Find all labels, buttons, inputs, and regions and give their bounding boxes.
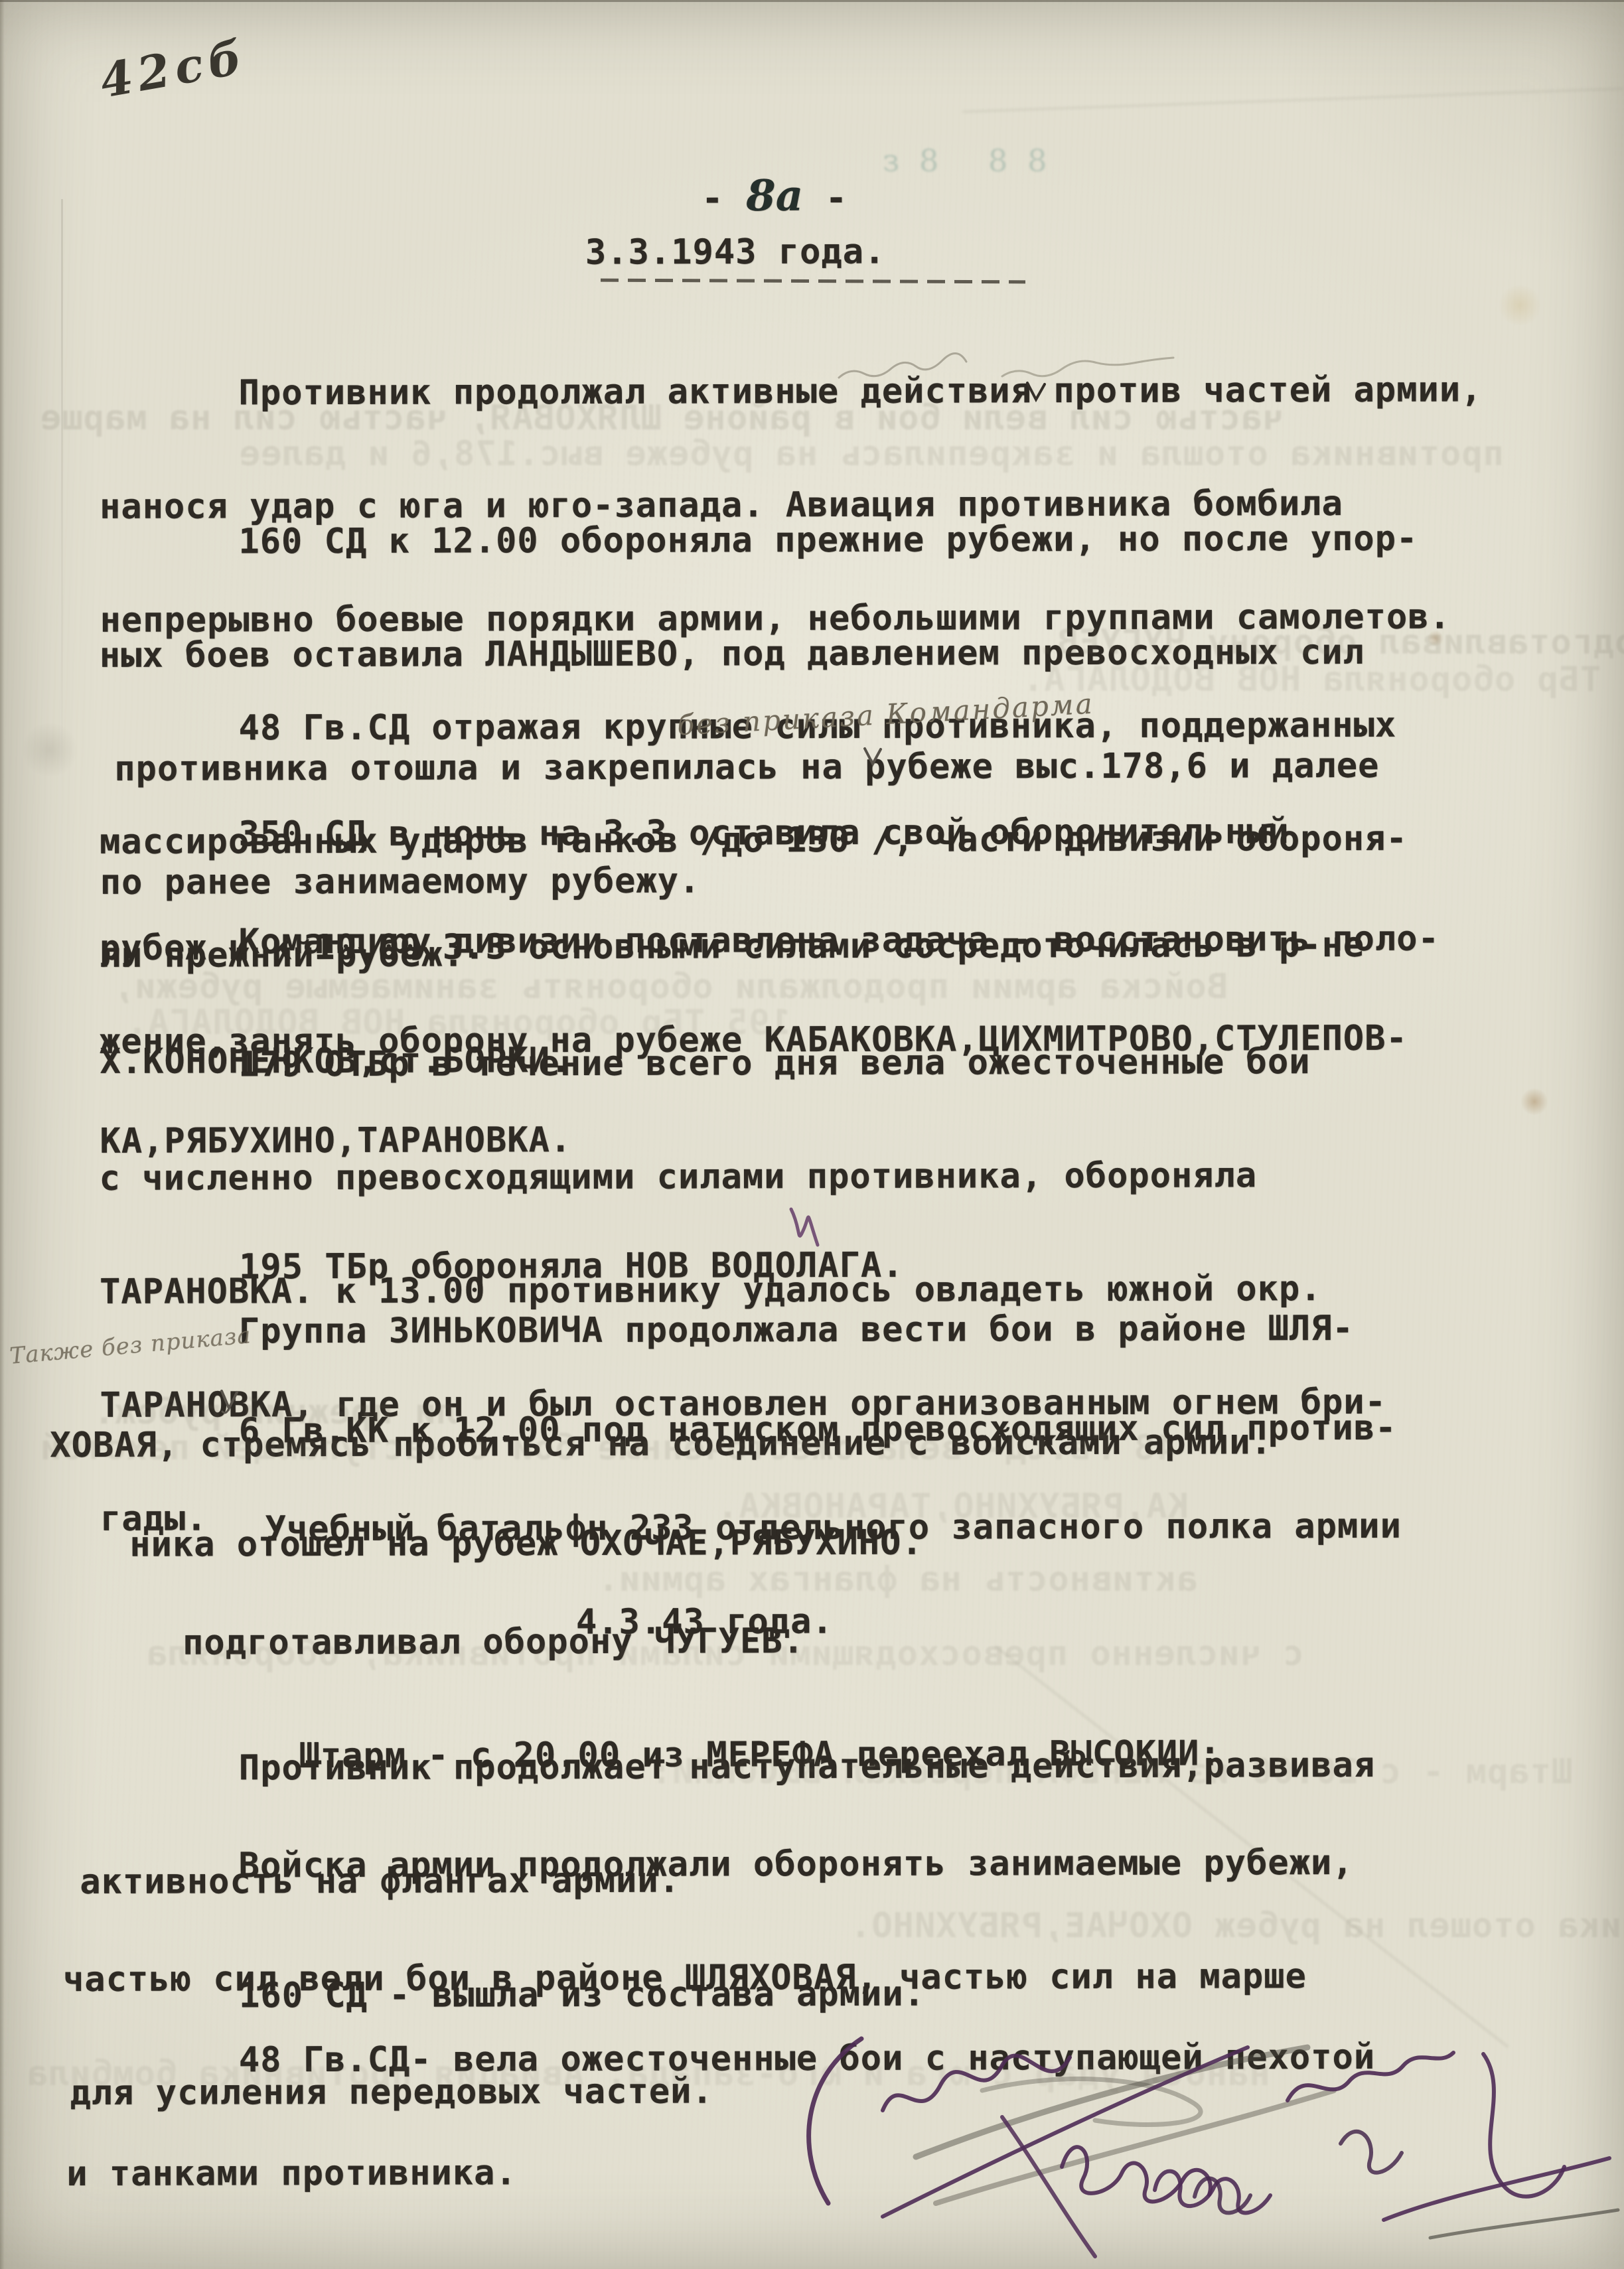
scan-edge-top bbox=[0, 0, 1624, 2]
insertion-caret bbox=[1025, 382, 1047, 403]
scanned-military-document: { "corner_note": "42сб", "page_number": … bbox=[0, 0, 1624, 2269]
section-2-heading: 4.3.43 года. bbox=[576, 1603, 834, 1641]
pencil-note-illegible bbox=[836, 359, 1234, 384]
faint-stamp-ghost: з8 88 bbox=[883, 143, 1067, 179]
paper-crease bbox=[61, 199, 63, 796]
insertion-caret bbox=[219, 1390, 239, 1412]
page-number-dash-right: - bbox=[803, 177, 848, 219]
paper-crease bbox=[962, 88, 1623, 113]
handwritten-scribble-signatures bbox=[783, 1991, 1624, 2269]
heading-underline bbox=[601, 279, 1025, 284]
text-line: 350 СД в ночь на 3.3 оставила свой оборо… bbox=[100, 812, 1580, 854]
section-1-heading: 3.3.1943 года. bbox=[585, 233, 885, 271]
text-line: Войска армии продолжали оборонять занима… bbox=[100, 1844, 1580, 1885]
page-number-handwritten-digit: 8а bbox=[746, 171, 803, 221]
page-number-dash-left: - bbox=[701, 177, 746, 219]
paper-smudge bbox=[20, 723, 80, 776]
text-line: Учебный батальфн 233 отдельного запасног… bbox=[100, 1507, 1580, 1549]
text-line: 179 ОТБр в течение всего дня вела ожесто… bbox=[99, 1043, 1579, 1084]
text-line: 160 СД к 12.00 обороняла прежние рубежи,… bbox=[99, 520, 1579, 561]
scan-edge-left bbox=[0, 0, 5, 2269]
page-number: - 8а - bbox=[657, 139, 848, 218]
handwritten-corner-note: 42сб bbox=[96, 29, 251, 108]
text-line: Командиру дивизии поставлена задача - во… bbox=[100, 922, 1580, 959]
text-line: подготавливал оборону ЧУГУЕВ. bbox=[100, 1621, 1580, 1662]
